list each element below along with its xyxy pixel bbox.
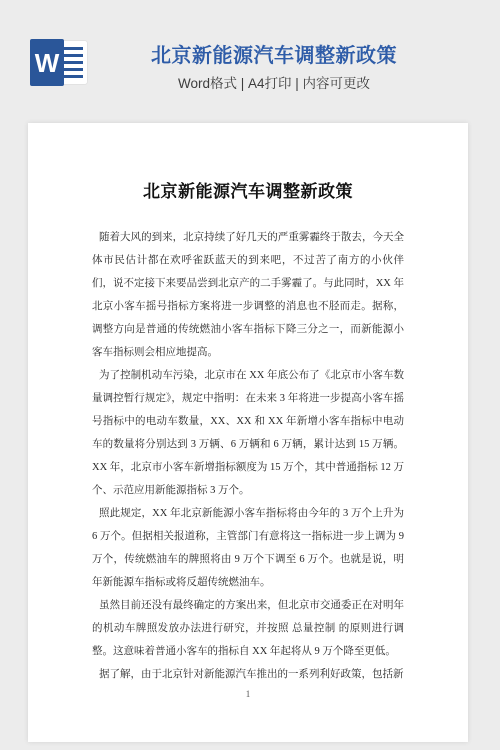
paragraph: 为了控制机动车污染，北京市在 XX 年底公布了《北京市小客车数量调控暂行规定》，…	[92, 364, 404, 502]
template-preview-screen: W 北京新能源汽车调整新政策 Word格式 | A4打印 | 内容可更改 北京新…	[0, 0, 500, 750]
header-title: 北京新能源汽车调整新政策	[85, 44, 463, 68]
paragraph: 据了解，由于北京针对新能源汽车推出的一系列利好政策，包括新	[92, 663, 404, 686]
document-body: 随着大风的到来，北京持续了好几天的严重雾霾终于散去，今天全体市民估计都在欢呼雀跃…	[92, 226, 404, 686]
header-subtitle: Word格式 | A4打印 | 内容可更改	[85, 76, 463, 92]
paragraph: 照此规定，XX 年北京新能源小客车指标将由今年的 3 万个上升为 6 万个。但据…	[92, 502, 404, 594]
word-icon: W	[30, 39, 87, 86]
word-icon-cover: W	[30, 39, 64, 86]
header: W 北京新能源汽车调整新政策 Word格式 | A4打印 | 内容可更改	[0, 0, 500, 123]
paragraph: 随着大风的到来，北京持续了好几天的严重雾霾终于散去，今天全体市民估计都在欢呼雀跃…	[92, 226, 404, 364]
document-title: 北京新能源汽车调整新政策	[28, 181, 468, 203]
header-text-block: 北京新能源汽车调整新政策 Word格式 | A4打印 | 内容可更改	[85, 0, 463, 92]
document-page: 北京新能源汽车调整新政策 随着大风的到来，北京持续了好几天的严重雾霾终于散去，今…	[28, 123, 468, 742]
word-icon-letter: W	[35, 50, 60, 76]
paragraph: 虽然目前还没有最终确定的方案出来，但北京市交通委正在对明年的机动车牌照发放办法进…	[92, 594, 404, 663]
page-number: 1	[28, 689, 468, 699]
